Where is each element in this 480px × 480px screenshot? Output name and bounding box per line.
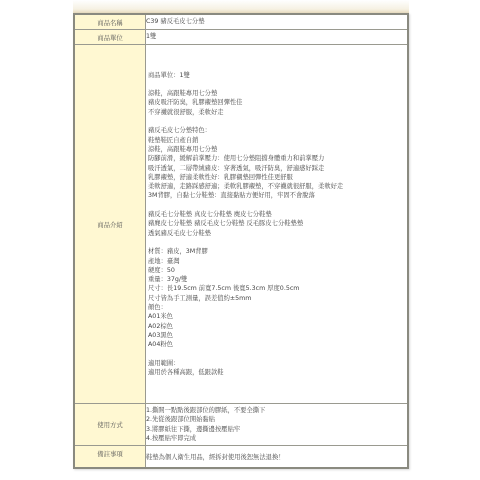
note-text: 鞋墊為個人衛生用品，經拆封使用後恕無法退換！ <box>146 451 407 462</box>
desc-line: 硬度：50 <box>148 266 407 275</box>
desc-line: 不穿襪就很舒服，柔軟好走 <box>148 108 407 117</box>
desc-line: 涼鞋，高跟鞋專用七分墊 <box>148 89 407 98</box>
row-note: 備註事項 鞋墊為個人衛生用品，經拆封使用後恕無法退換！ <box>74 446 408 469</box>
value-product-description: 商品單位：1雙 涼鞋，高跟鞋專用七分墊 豬皮吸汗防臭，乳膠襯墊回彈性佳 不穿襪就… <box>146 45 409 404</box>
desc-line: 尺寸皆為手工測量，誤差值約±5mm <box>148 294 407 303</box>
value-note: 鞋墊為個人衛生用品，經拆封使用後恕無法退換！ <box>146 446 409 469</box>
desc-block-features: 豬反毛皮七分墊特色： 鞋墊鞋匠自產自銷 涼鞋，高跟鞋專用七分墊 防腳前滑，緩解前… <box>148 126 407 200</box>
desc-line: A04粉色 <box>148 340 407 349</box>
value-usage: 1.撕開一點點後跟部位的膠紙，不要全撕下 2.先從後跟部位開始黏貼 3.將膠紙往… <box>146 404 409 446</box>
desc-line: 豬皮吸汗防臭，乳膠襯墊回彈性佳 <box>148 98 407 107</box>
desc-line: 商品單位：1雙 <box>148 71 407 80</box>
usage-step: 4.按壓貼牢即完成 <box>146 434 407 443</box>
header-decoration <box>73 0 409 13</box>
label-product-description: 商品介紹 <box>74 45 146 404</box>
usage-step: 3.將膠紙往下撕，邊撕邊按壓貼牢 <box>146 425 407 434</box>
desc-line: 顏色： <box>148 303 407 312</box>
label-product-unit: 商品單位 <box>74 30 146 45</box>
desc-line: A03黑色 <box>148 331 407 340</box>
row-product-unit: 商品單位 1雙 <box>74 30 408 45</box>
desc-line: 產地：臺灣 <box>148 257 407 266</box>
usage-step: 1.撕開一點點後跟部位的膠紙，不要全撕下 <box>146 406 407 415</box>
desc-line: 豬麂皮七分鞋墊 豬反毛皮七分鞋墊 反毛豚皮七分鞋墊墊 <box>148 219 407 228</box>
desc-line: A01米色 <box>148 312 407 321</box>
desc-line: 適用範圍： <box>148 359 407 368</box>
value-product-unit: 1雙 <box>146 30 409 45</box>
desc-line: 尺寸：長19.5cm 前寬7.5cm 後寬5.3cm 厚度0.5cm <box>148 284 407 293</box>
desc-line: 柔軟舒適，走路踩感舒適；柔軟乳膠襯墊，不穿襪就很舒服，柔軟好走 <box>148 182 407 191</box>
desc-block-summary: 涼鞋，高跟鞋專用七分墊 豬皮吸汗防臭，乳膠襯墊回彈性佳 不穿襪就很舒服，柔軟好走 <box>148 89 407 117</box>
usage-step: 2.先從後跟部位開始黏貼 <box>146 415 407 424</box>
desc-line: 涼鞋，高跟鞋專用七分墊 <box>148 145 407 154</box>
desc-line: 防腳前滑，緩解前掌壓力：使用七分墊阻擋身體重力和前掌壓力 <box>148 154 407 163</box>
desc-block-keywords: 豬反毛七分鞋墊 真皮七分鞋墊 麂皮七分鞋墊 豬麂皮七分鞋墊 豬反毛皮七分鞋墊 反… <box>148 210 407 238</box>
desc-line: 鞋墊鞋匠自產自銷 <box>148 136 407 145</box>
desc-line: 豬反毛七分鞋墊 真皮七分鞋墊 麂皮七分鞋墊 <box>148 210 407 219</box>
label-note: 備註事項 <box>74 446 146 469</box>
desc-line: A02棕色 <box>148 322 407 331</box>
desc-line: 重量：37g/雙 <box>148 275 407 284</box>
desc-block-unit: 商品單位：1雙 <box>148 71 407 80</box>
desc-line: 材質：豬皮，3M背膠 <box>148 247 407 256</box>
row-usage: 使用方式 1.撕開一點點後跟部位的膠紙，不要全撕下 2.先從後跟部位開始黏貼 3… <box>74 404 408 446</box>
desc-line: 適用於各種高跟，低跟款鞋 <box>148 368 407 377</box>
desc-line: 3M背膠，自黏七分鞋墊：直接黏貼方便好用，牢固不會脫落 <box>148 191 407 200</box>
desc-block-applicable: 適用範圍： 適用於各種高跟，低跟款鞋 <box>148 359 407 378</box>
value-product-name: C39 豬反毛皮七分墊 <box>146 14 409 30</box>
desc-line: 透氣豬反毛皮七分鞋墊 <box>148 229 407 238</box>
row-product-description: 商品介紹 商品單位：1雙 涼鞋，高跟鞋專用七分墊 豬皮吸汗防臭，乳膠襯墊回彈性佳… <box>74 45 408 404</box>
row-product-name: 商品名稱 C39 豬反毛皮七分墊 <box>74 14 408 30</box>
desc-line: 豬反毛皮七分墊特色： <box>148 126 407 135</box>
desc-line: 乳膠襯墊，舒適柔軟性好：乳膠襯墊回彈性佳更舒服 <box>148 173 407 182</box>
desc-block-specs: 材質：豬皮，3M背膠 產地：臺灣 硬度：50 重量：37g/雙 尺寸：長19.5… <box>148 247 407 349</box>
product-spec-table: 商品名稱 C39 豬反毛皮七分墊 商品單位 1雙 商品介紹 商品單位：1雙 涼鞋… <box>73 13 409 469</box>
desc-line: 吸汗透氣，二層帶絨豬皮：穿著透氣，吸汗防臭，舒適感好踩走 <box>148 164 407 173</box>
label-product-name: 商品名稱 <box>74 14 146 30</box>
label-usage: 使用方式 <box>74 404 146 446</box>
